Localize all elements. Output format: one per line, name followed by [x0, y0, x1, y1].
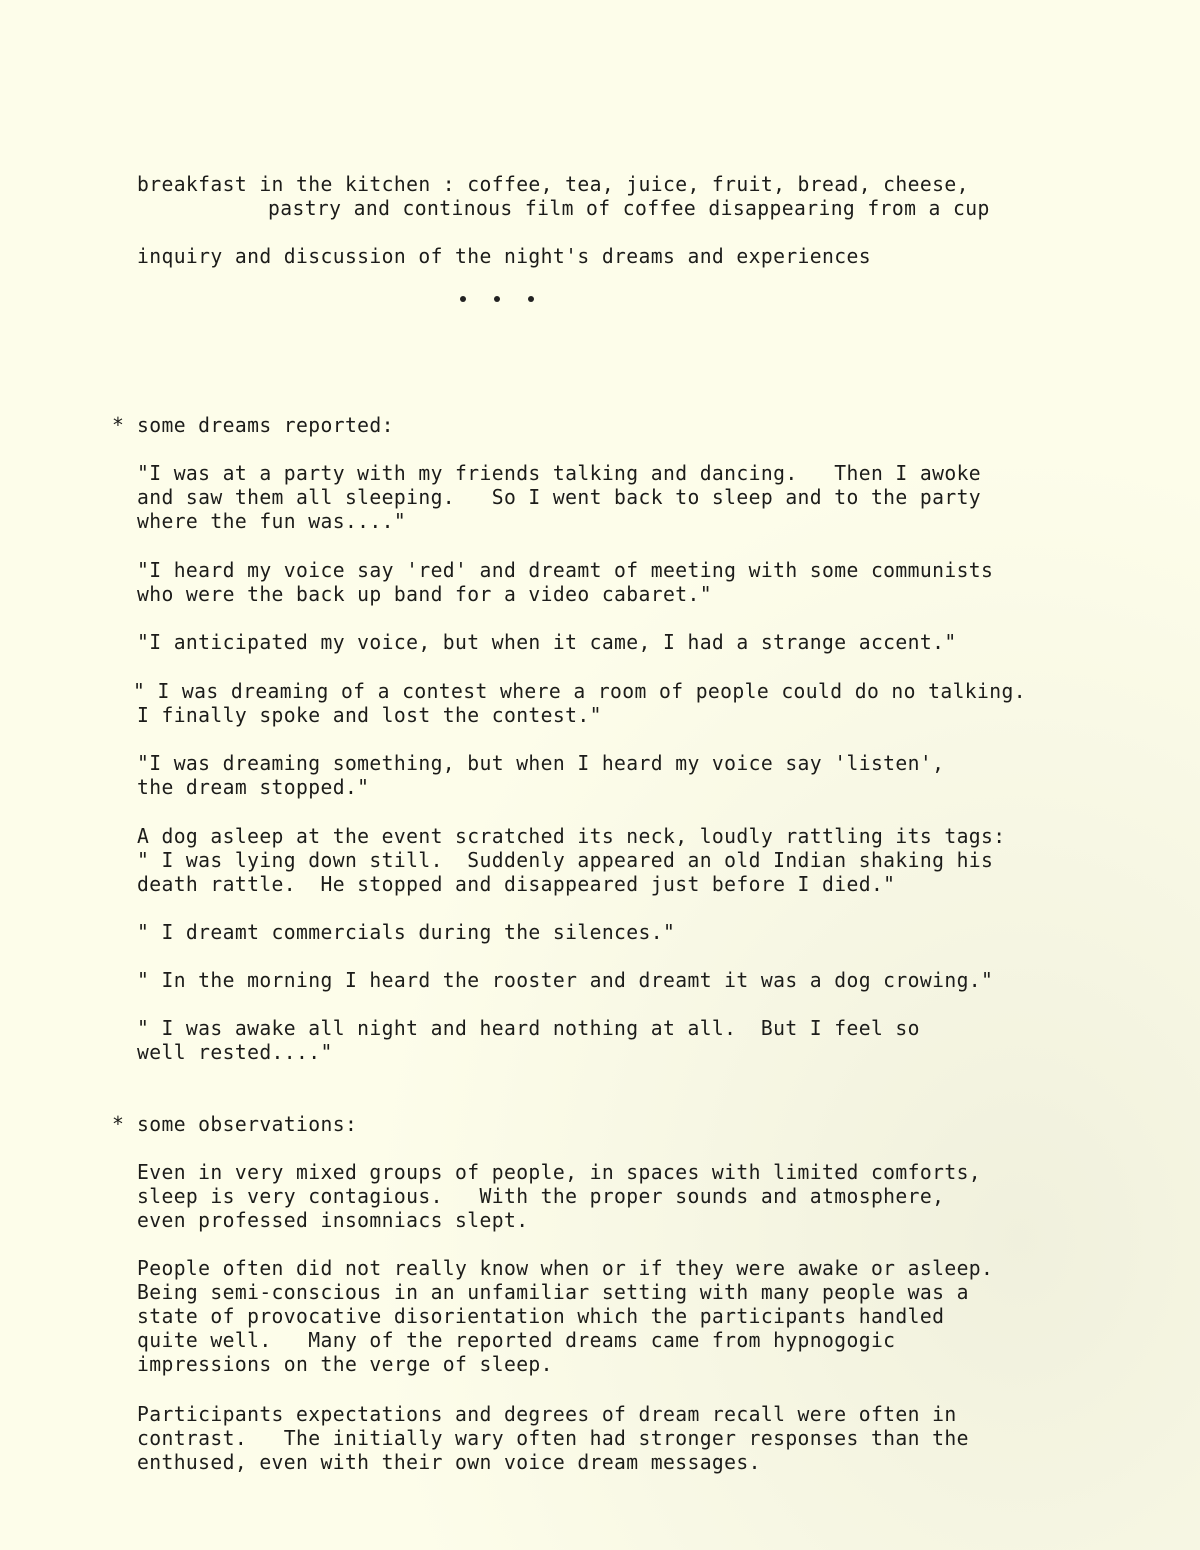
dream-line: the dream stopped."	[137, 775, 369, 799]
observations-bullet: *	[112, 1112, 124, 1136]
observation-line: enthused, even with their own voice drea…	[137, 1450, 761, 1474]
breakfast-line-1: breakfast in the kitchen : coffee, tea, …	[137, 172, 969, 196]
dream-line: well rested...."	[137, 1040, 333, 1064]
dream-line: who were the back up band for a video ca…	[137, 582, 712, 606]
ellipsis-dot	[528, 296, 534, 302]
observation-line: state of provocative disorientation whic…	[137, 1304, 944, 1328]
ellipsis-dot	[494, 296, 500, 302]
document-page: breakfast in the kitchen : coffee, tea, …	[0, 0, 1200, 1550]
dream-line: A dog asleep at the event scratched its …	[137, 824, 1006, 848]
observation-line: Even in very mixed groups of people, in …	[137, 1160, 981, 1184]
ellipsis-dot	[460, 296, 466, 302]
dream-line: " I was dreaming of a contest where a ro…	[133, 679, 1026, 703]
observations-heading: some observations:	[137, 1112, 357, 1136]
breakfast-line-2: pastry and continous film of coffee disa…	[268, 196, 990, 220]
observation-line: People often did not really know when or…	[137, 1256, 993, 1280]
dream-line: death rattle. He stopped and disappeared…	[137, 872, 895, 896]
observation-line: Being semi-conscious in an unfamiliar se…	[137, 1280, 969, 1304]
dreams-bullet: *	[112, 413, 124, 437]
dream-line: " I dreamt commercials during the silenc…	[137, 920, 675, 944]
dream-line: and saw them all sleeping. So I went bac…	[137, 485, 981, 509]
observation-line: Participants expectations and degrees of…	[137, 1402, 957, 1426]
observation-line: even professed insomniacs slept.	[137, 1208, 528, 1232]
dream-line: " In the morning I heard the rooster and…	[137, 968, 993, 992]
observation-line: impressions on the verge of sleep.	[137, 1352, 553, 1376]
dream-line: " I was lying down still. Suddenly appea…	[137, 848, 993, 872]
section-break-ellipsis	[460, 296, 534, 302]
dream-line: " I was awake all night and heard nothin…	[137, 1016, 920, 1040]
dream-line: I finally spoke and lost the contest."	[137, 703, 602, 727]
dream-line: "I heard my voice say 'red' and dreamt o…	[137, 558, 993, 582]
observation-line: contrast. The initially wary often had s…	[137, 1426, 969, 1450]
inquiry-line: inquiry and discussion of the night's dr…	[137, 244, 871, 268]
dream-line: "I anticipated my voice, but when it cam…	[137, 630, 957, 654]
observation-line: quite well. Many of the reported dreams …	[137, 1328, 895, 1352]
dreams-heading: some dreams reported:	[137, 413, 394, 437]
dream-line: "I was at a party with my friends talkin…	[137, 461, 981, 485]
dream-line: where the fun was...."	[137, 509, 406, 533]
observation-line: sleep is very contagious. With the prope…	[137, 1184, 944, 1208]
dream-line: "I was dreaming something, but when I he…	[137, 751, 944, 775]
